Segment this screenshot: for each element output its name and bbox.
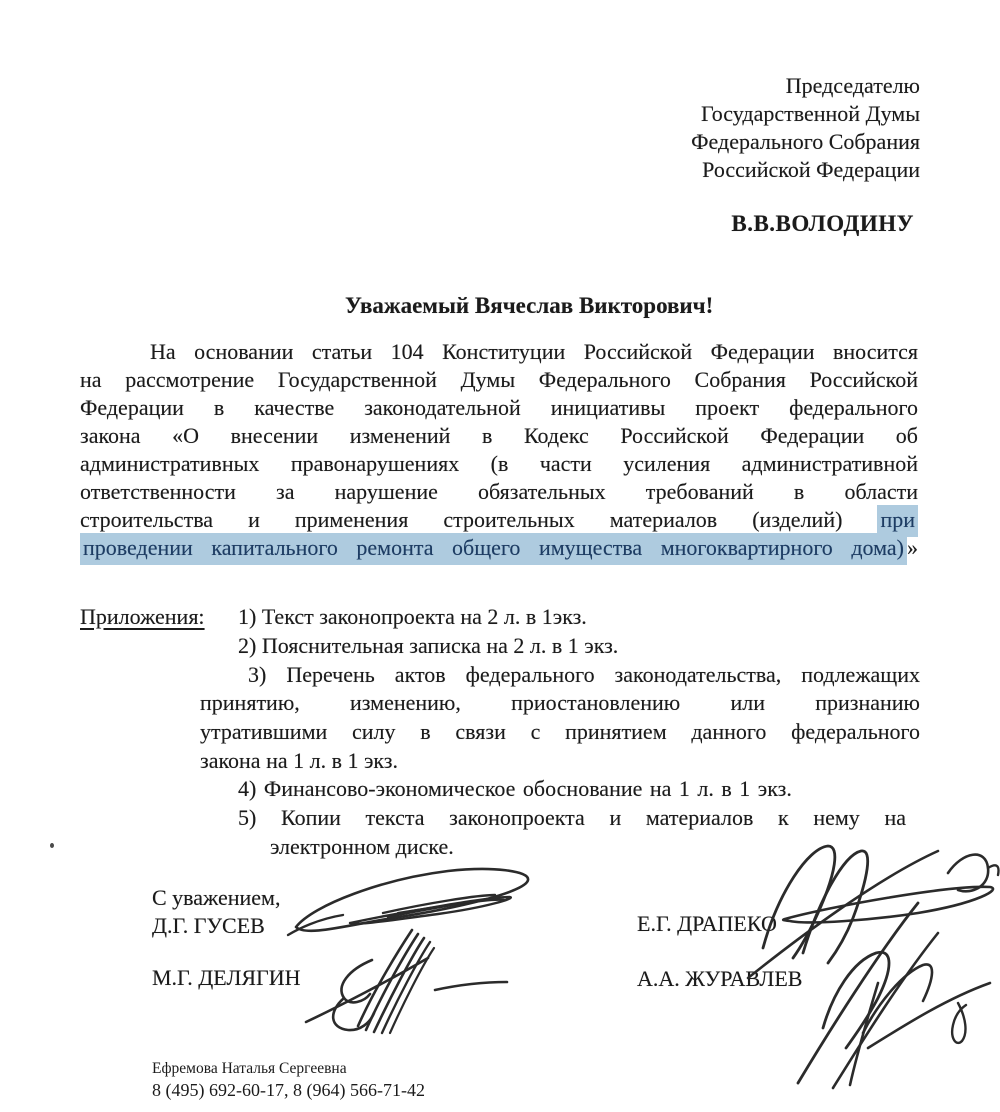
body-line-7: строительства и применения строительных … xyxy=(80,506,918,534)
body-line-4: закона «О внесении изменений в Кодекс Ро… xyxy=(80,422,918,450)
attachment-item-4: 4) Финансово-экономическое обоснование н… xyxy=(238,775,792,803)
recipient-block: Председателю Государственной Думы Федера… xyxy=(691,72,920,184)
scan-artifact-dot xyxy=(50,843,54,848)
contact-person-name: Ефремова Наталья Сергеевна xyxy=(152,1060,347,1078)
signatory-gusev: Д.Г. ГУСЕВ xyxy=(152,912,265,940)
highlighted-line: проведении капитального ремонта общего и… xyxy=(80,533,907,565)
recipient-line-2: Государственной Думы xyxy=(691,100,920,128)
closing-phrase: С уважением, xyxy=(152,884,280,912)
body-line-8: проведении капитального ремонта общего и… xyxy=(80,534,918,562)
body-line-2: на рассмотрение Государственной Думы Фед… xyxy=(80,366,918,394)
attachment-item-5-line-1: 5) Копии текста законопроекта и материал… xyxy=(238,804,906,832)
attachment-item-3-line-1: 3) Перечень актов федерального законодат… xyxy=(248,661,920,689)
document-page: Председателю Государственной Думы Федера… xyxy=(0,0,1000,1112)
signatory-delyagin: М.Г. ДЕЛЯГИН xyxy=(152,964,301,992)
delyagin-signature-scribble xyxy=(300,918,525,1046)
closing-quote-mark: » xyxy=(907,535,918,560)
attachment-item-3-line-4: закона на 1 л. в 1 экз. xyxy=(200,747,398,775)
contact-phone-numbers: 8 (495) 692-60-17, 8 (964) 566-71-42 xyxy=(152,1079,425,1101)
attachment-item-3-line-3: утратившими силу в связи с принятием дан… xyxy=(200,718,920,746)
attachment-item-2: 2) Пояснительная записка на 2 л. в 1 экз… xyxy=(238,632,618,660)
recipient-line-4: Российской Федерации xyxy=(691,156,920,184)
attachment-item-1: 1) Текст законопроекта на 2 л. в 1экз. xyxy=(238,603,587,631)
body-line-1: На основании статьи 104 Конституции Росс… xyxy=(80,338,918,366)
body-line-5: административных правонарушениях (в част… xyxy=(80,450,918,478)
drapeko-zhuravlev-signature-scribble xyxy=(618,833,1000,1095)
attachments-label: Приложения: xyxy=(80,603,205,631)
recipient-line-3: Федерального Собрания xyxy=(691,128,920,156)
recipient-line-1: Председателю xyxy=(691,72,920,100)
attachment-item-3-line-2: принятию, изменению, приостановлению или… xyxy=(200,689,920,717)
body-line-3: Федерации в качестве законодательной ини… xyxy=(80,394,918,422)
body-line-6: ответственности за нарушение обязательны… xyxy=(80,478,918,506)
addressee-name: В.В.ВОЛОДИНУ xyxy=(731,210,914,238)
salutation: Уважаемый Вячеслав Викторович! xyxy=(345,292,713,320)
body-paragraph: На основании статьи 104 Конституции Росс… xyxy=(80,338,918,562)
